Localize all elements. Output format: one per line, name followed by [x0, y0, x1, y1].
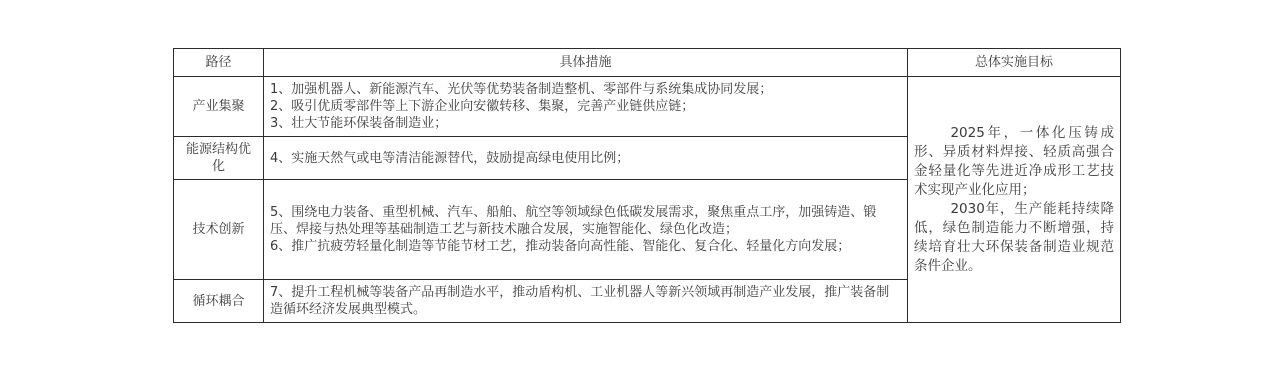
table-row: 产业集聚 1、加强机器人、新能源汽车、光伏等优势装备制造整机、零部件与系统集成协… [174, 77, 1121, 137]
measure-item: 4、实施天然气或电等清洁能源替代，鼓励提高绿电使用比例； [270, 150, 901, 167]
path-cell: 能源结构优化 [174, 137, 264, 180]
measure-item: 3、壮大节能环保装备制造业； [270, 115, 901, 132]
measure-item: 5、围绕电力装备、重型机械、汽车、船舶、航空等领域绿色低碳发展需求，聚焦重点工序… [270, 204, 901, 238]
goal-cell: 2025年，一体化压铸成形、异质材料焊接、轻质高强合金轻量化等先进近净成形工艺技… [908, 77, 1121, 323]
header-measures: 具体措施 [264, 49, 908, 77]
measures-cell: 4、实施天然气或电等清洁能源替代，鼓励提高绿电使用比例； [264, 137, 908, 180]
path-cell: 循环耦合 [174, 280, 264, 323]
goal-2025: 2025年，一体化压铸成形、异质材料焊接、轻质高强合金轻量化等先进近净成形工艺技… [914, 124, 1114, 200]
header-path: 路径 [174, 49, 264, 77]
path-cell: 产业集聚 [174, 77, 264, 137]
measures-table: 路径 具体措施 总体实施目标 产业集聚 1、加强机器人、新能源汽车、光伏等优势装… [173, 48, 1121, 323]
measures-cell: 7、提升工程机械等装备产品再制造水平，推动盾构机、工业机器人等新兴领域再制造产业… [264, 280, 908, 323]
path-cell: 技术创新 [174, 180, 264, 280]
goal-2030: 2030年，生产能耗持续降低，绿色制造能力不断增强，持续培育壮大环保装备制造业规… [914, 200, 1114, 276]
measure-item: 6、推广抗疲劳轻量化制造等节能节材工艺，推动装备向高性能、智能化、复合化、轻量化… [270, 238, 901, 255]
measures-cell: 5、围绕电力装备、重型机械、汽车、船舶、航空等领域绿色低碳发展需求，聚焦重点工序… [264, 180, 908, 280]
measure-item: 2、吸引优质零部件等上下游企业向安徽转移、集聚，完善产业链供应链； [270, 98, 901, 115]
measure-item: 1、加强机器人、新能源汽车、光伏等优势装备制造整机、零部件与系统集成协同发展； [270, 81, 901, 98]
table-header-row: 路径 具体措施 总体实施目标 [174, 49, 1121, 77]
header-goal: 总体实施目标 [908, 49, 1121, 77]
measures-cell: 1、加强机器人、新能源汽车、光伏等优势装备制造整机、零部件与系统集成协同发展； … [264, 77, 908, 137]
measure-item: 7、提升工程机械等装备产品再制造水平，推动盾构机、工业机器人等新兴领域再制造产业… [270, 284, 901, 318]
